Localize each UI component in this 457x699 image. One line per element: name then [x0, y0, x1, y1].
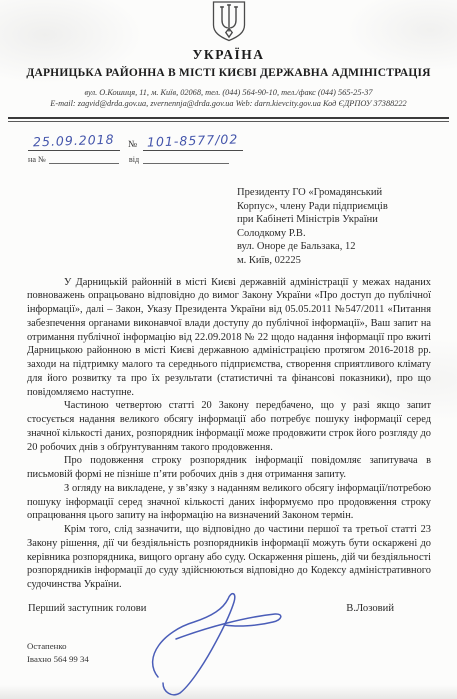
- recipient-block: Президенту ГО «Громадянський Корпус», чл…: [237, 186, 457, 268]
- executor-phone: Івахно 564 99 34: [27, 653, 457, 666]
- handwritten-number: 101-8577/02: [147, 131, 239, 149]
- reply-date-blank: [143, 154, 229, 164]
- letterhead-address: вул. О.Кошиця, 11, м. Київ, 02068, тел. …: [0, 88, 457, 99]
- letter-body: У Дарницькій районній в місті Києві держ…: [27, 276, 431, 592]
- reply-from-label: від: [129, 155, 139, 164]
- executor-block: Остапенко Івахно 564 99 34: [27, 640, 457, 666]
- body-paragraph: Частиною четвертою статті 20 Закону пере…: [27, 399, 431, 454]
- signoff-row: Перший заступник голови В.Лозовий: [28, 603, 394, 614]
- number-field: 101-8577/02: [143, 132, 243, 151]
- recipient-line: м. Київ, 02225: [237, 254, 457, 268]
- signer-position-title: Перший заступник голови: [28, 603, 146, 614]
- divider-thick-line: [8, 117, 449, 119]
- organization-title: ДАРНИЦЬКА РАЙОННА В МІСТІ КИЄВІ ДЕРЖАВНА…: [0, 67, 457, 79]
- recipient-line: при Кабінеті Міністрів України: [237, 213, 457, 227]
- recipient-line: Корпус», члену Ради підприємців: [237, 200, 457, 214]
- recipient-line: Президенту ГО «Громадянський: [237, 186, 457, 200]
- scanned-letter-page: УКРАЇНА ДАРНИЦЬКА РАЙОННА В МІСТІ КИЄВІ …: [0, 0, 457, 699]
- body-paragraph: Крім того, слід зазначити, що відповідно…: [27, 523, 431, 592]
- ukraine-trident-icon: [211, 1, 247, 42]
- executor-name: Остапенко: [27, 640, 457, 653]
- reference-row: 25.09.2018 № 101-8577/02: [28, 132, 457, 151]
- reply-to-label: на №: [28, 155, 46, 164]
- country-title: УКРАЇНА: [0, 47, 457, 63]
- body-paragraph: З огляду на викладене, у зв’язку з надан…: [27, 482, 431, 523]
- reply-number-blank: [49, 154, 119, 164]
- date-field: 25.09.2018: [28, 132, 120, 151]
- letterhead-divider: [8, 117, 449, 122]
- reply-reference-row: на № від: [28, 153, 457, 164]
- handwritten-date: 25.09.2018: [33, 132, 115, 150]
- recipient-line: Солодкому Р.В.: [237, 227, 457, 241]
- letterhead-emblem: [0, 0, 457, 42]
- number-sign-label: №: [128, 140, 137, 150]
- signer-name: В.Лозовий: [346, 603, 394, 614]
- divider-thin-line: [8, 121, 449, 122]
- body-paragraph: Про подовження строку розпорядник інформ…: [27, 454, 431, 482]
- body-paragraph: У Дарницькій районній в місті Києві держ…: [27, 276, 431, 400]
- letterhead-contacts: E-mail: zagvid@drda.gov.ua, zvernennja@d…: [0, 99, 457, 110]
- recipient-line: вул. Оноре де Бальзака, 12: [237, 240, 457, 254]
